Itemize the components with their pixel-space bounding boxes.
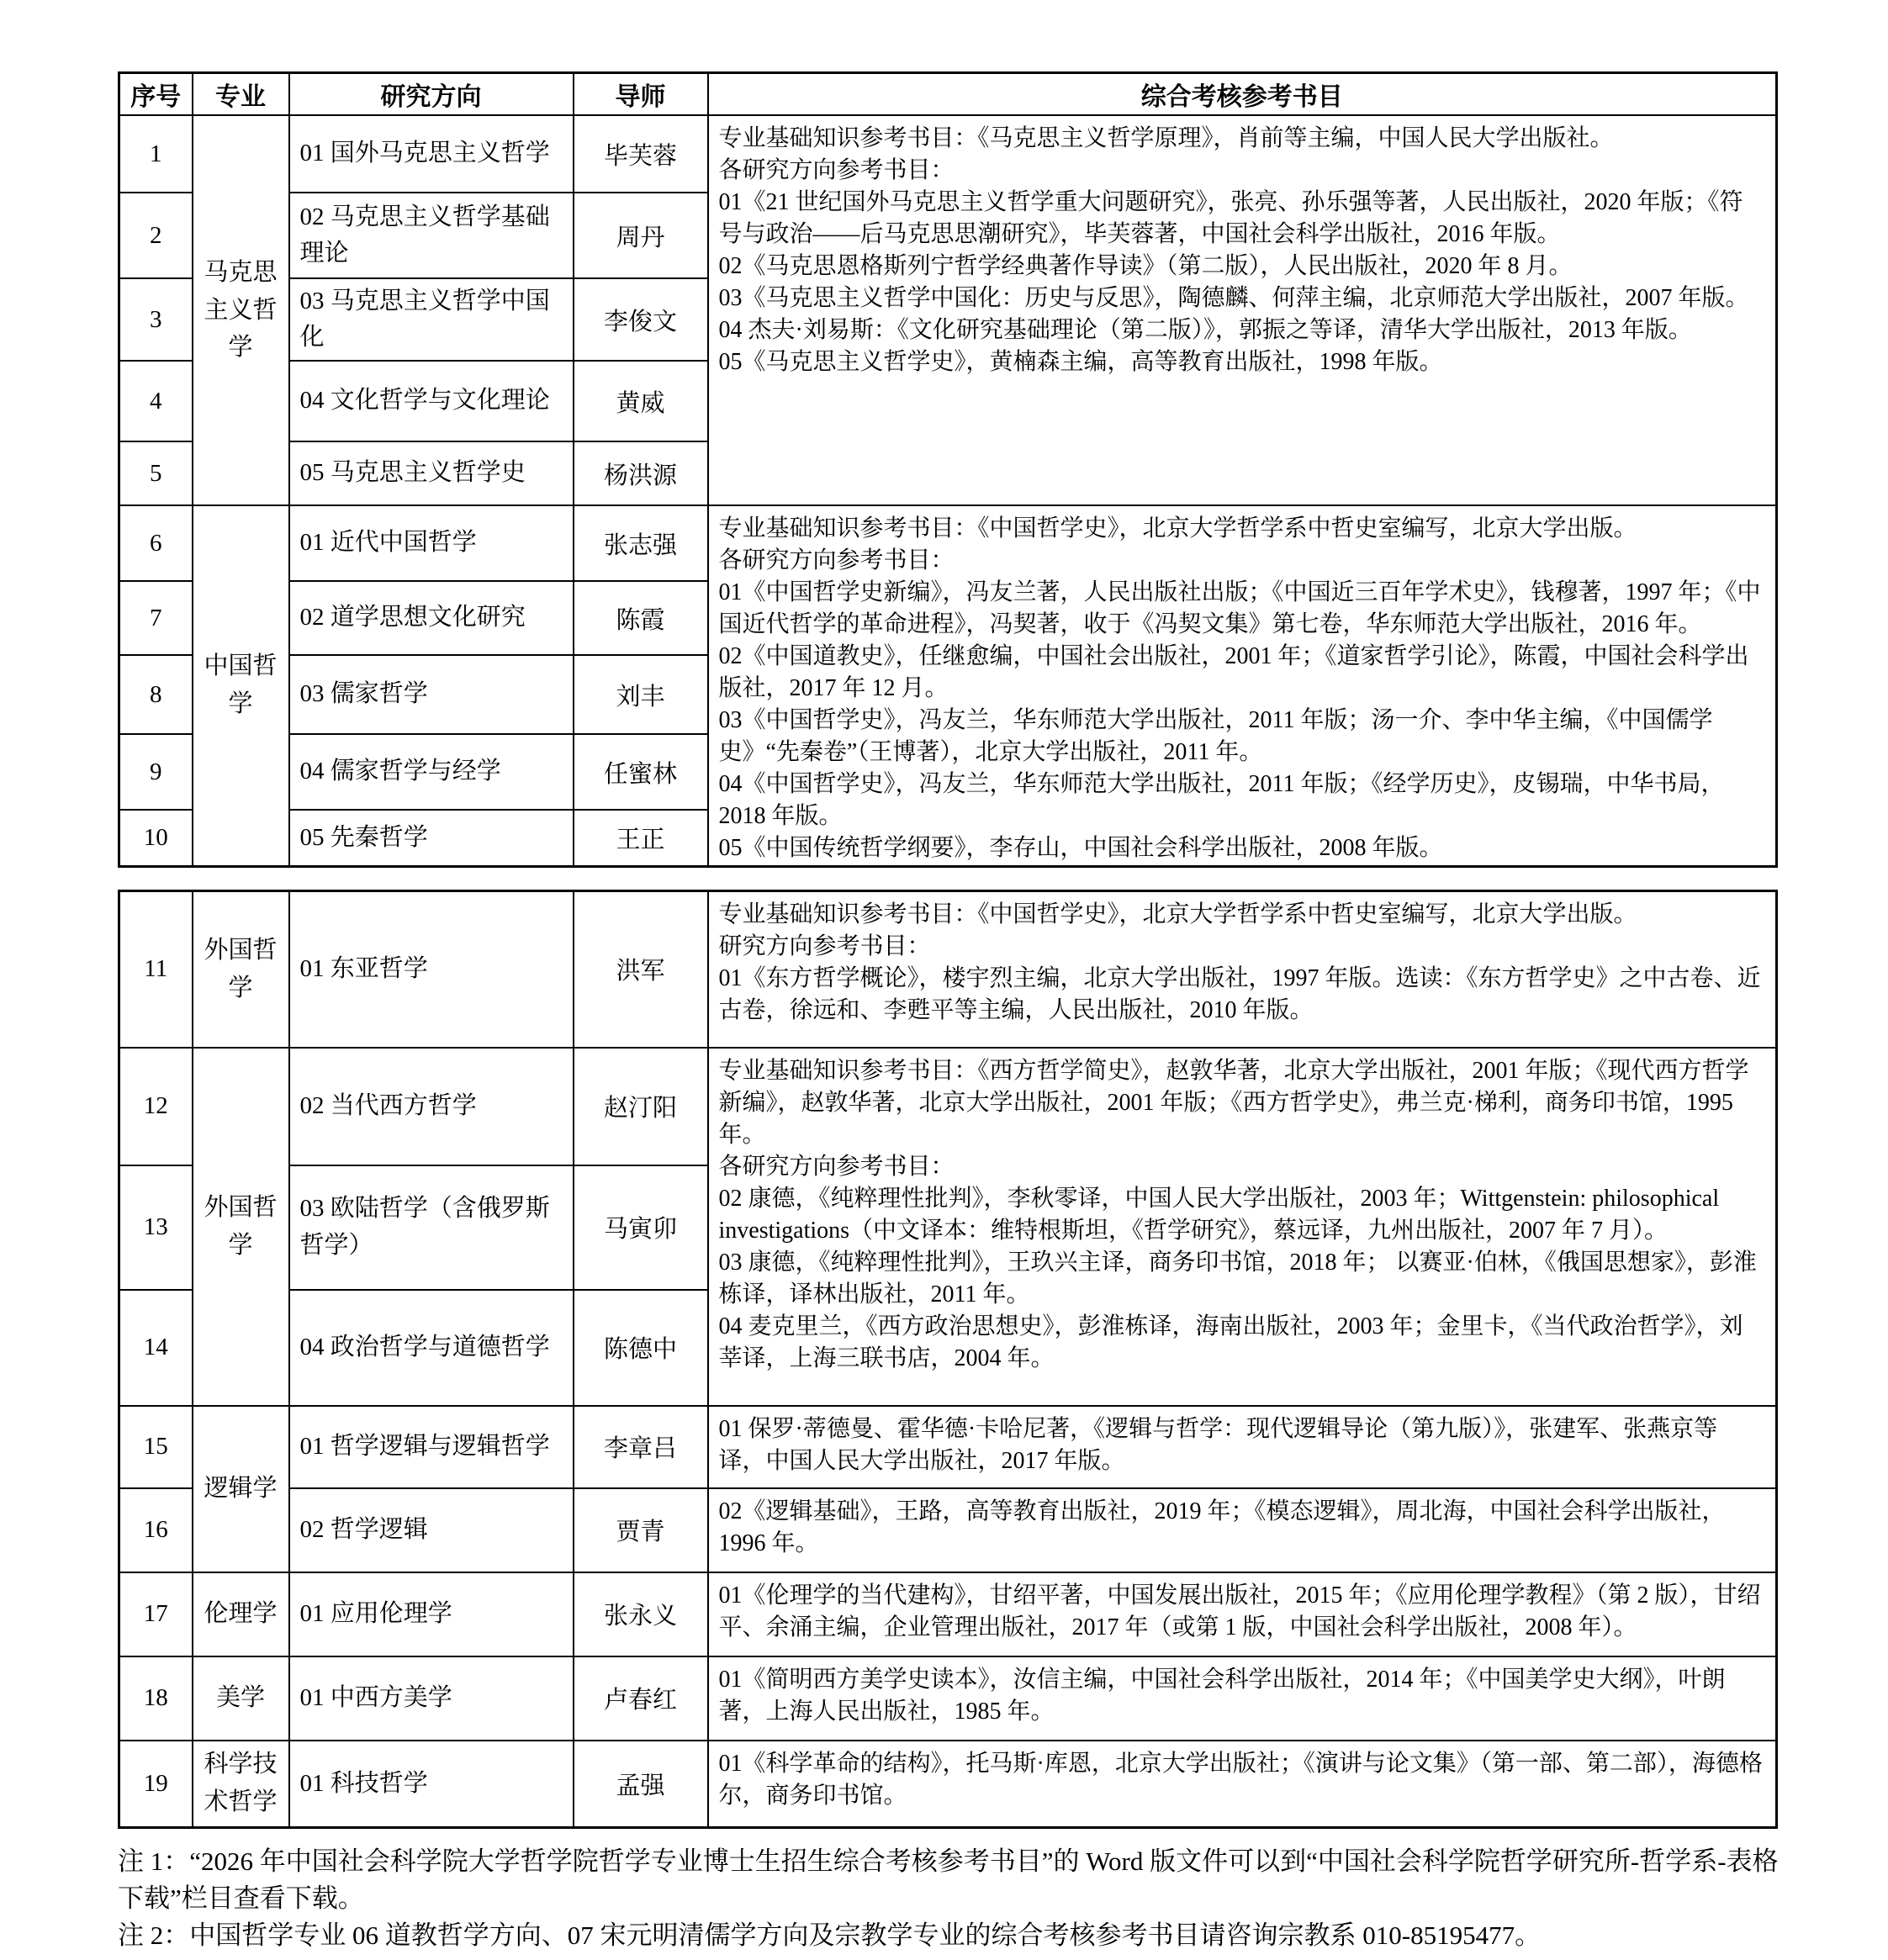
direction-cell: 02 马克思主义哲学基础理论 [289, 193, 574, 278]
ref-cell: 01《科学革命的结构》，托马斯·库恩，北京大学出版社；《演讲与论文集》（第一部、… [708, 1741, 1777, 1828]
ref-cell: 01《简明西方美学史读本》，汝信主编，中国社会科学出版社，2014 年；《中国美… [708, 1656, 1777, 1741]
tutor-cell: 杨洪源 [574, 441, 708, 505]
col-header-direction: 研究方向 [289, 73, 574, 116]
tutor-cell: 陈霞 [574, 581, 708, 655]
table-row: 19 科学技术哲学 01 科技哲学 孟强 01《科学革命的结构》，托马斯·库恩，… [119, 1741, 1777, 1828]
tutor-cell: 陈德中 [574, 1290, 708, 1406]
table-row: 6 中国哲学 01 近代中国哲学 张志强 专业基础知识参考书目：《中国哲学史》，… [119, 505, 1777, 581]
tutor-cell: 周丹 [574, 193, 708, 278]
tutor-cell: 孟强 [574, 1741, 708, 1828]
direction-cell: 01 东亚哲学 [289, 891, 574, 1048]
ref-cell: 专业基础知识参考书目：《中国哲学史》，北京大学哲学系中哲史室编写，北京大学出版。… [708, 505, 1777, 866]
col-header-tutor: 导师 [574, 73, 708, 116]
direction-cell: 02 哲学逻辑 [289, 1488, 574, 1572]
col-header-major: 专业 [193, 73, 289, 116]
direction-cell: 03 欧陆哲学（含俄罗斯哲学） [289, 1165, 574, 1290]
row-no: 8 [119, 655, 193, 734]
row-no: 7 [119, 581, 193, 655]
tutor-cell: 刘丰 [574, 655, 708, 734]
row-no: 14 [119, 1290, 193, 1406]
col-header-no: 序号 [119, 73, 193, 116]
reference-table-lower: 11 外国哲学 01 东亚哲学 洪军 专业基础知识参考书目：《中国哲学史》，北京… [118, 890, 1778, 1829]
ref-cell: 专业基础知识参考书目：《中国哲学史》，北京大学哲学系中哲史室编写，北京大学出版。… [708, 891, 1777, 1048]
tutor-cell: 王正 [574, 810, 708, 866]
tutor-cell: 卢春红 [574, 1656, 708, 1741]
major-cell: 科学技术哲学 [193, 1741, 289, 1828]
ref-cell: 01 保罗·蒂德曼、霍华德·卡哈尼著，《逻辑与哲学：现代逻辑导论（第九版）》，张… [708, 1406, 1777, 1488]
direction-cell: 01 哲学逻辑与逻辑哲学 [289, 1406, 574, 1488]
table-row: 11 外国哲学 01 东亚哲学 洪军 专业基础知识参考书目：《中国哲学史》，北京… [119, 891, 1777, 1048]
tutor-cell: 张永义 [574, 1572, 708, 1656]
note-1: 注 1：“2026 年中国社会科学院大学哲学院哲学专业博士生招生综合考核参考书目… [118, 1843, 1783, 1917]
row-no: 1 [119, 115, 193, 193]
row-no: 13 [119, 1165, 193, 1290]
row-no: 11 [119, 891, 193, 1048]
row-no: 18 [119, 1656, 193, 1741]
direction-cell: 01 近代中国哲学 [289, 505, 574, 581]
table-row: 1 马克思主义哲学 01 国外马克思主义哲学 毕芙蓉 专业基础知识参考书目：《马… [119, 115, 1777, 193]
document-page: 序号 专业 研究方向 导师 综合考核参考书目 1 马克思主义哲学 01 国外马克… [0, 0, 1888, 1960]
direction-cell: 01 应用伦理学 [289, 1572, 574, 1656]
tutor-cell: 毕芙蓉 [574, 115, 708, 193]
footnotes: 注 1：“2026 年中国社会科学院大学哲学院哲学专业博士生招生综合考核参考书目… [118, 1843, 1783, 1954]
ref-cell: 专业基础知识参考书目：《西方哲学简史》，赵敦华著，北京大学出版社，2001 年版… [708, 1048, 1777, 1406]
direction-cell: 01 科技哲学 [289, 1741, 574, 1828]
row-no: 3 [119, 278, 193, 361]
direction-cell: 03 马克思主义哲学中国化 [289, 278, 574, 361]
row-no: 2 [119, 193, 193, 278]
major-cell: 逻辑学 [193, 1406, 289, 1572]
row-no: 4 [119, 361, 193, 441]
direction-cell: 04 儒家哲学与经学 [289, 734, 574, 810]
ref-cell: 02《逻辑基础》，王路，高等教育出版社，2019 年；《模态逻辑》，周北海，中国… [708, 1488, 1777, 1572]
tutor-cell: 李俊文 [574, 278, 708, 361]
major-cell: 马克思主义哲学 [193, 115, 289, 505]
direction-cell: 02 当代西方哲学 [289, 1048, 574, 1165]
tutor-cell: 任蜜林 [574, 734, 708, 810]
tutor-cell: 张志强 [574, 505, 708, 581]
major-cell: 美学 [193, 1656, 289, 1741]
tutor-cell: 马寅卯 [574, 1165, 708, 1290]
direction-cell: 01 中西方美学 [289, 1656, 574, 1741]
table-row: 18 美学 01 中西方美学 卢春红 01《简明西方美学史读本》，汝信主编，中国… [119, 1656, 1777, 1741]
row-no: 17 [119, 1572, 193, 1656]
tutor-cell: 洪军 [574, 891, 708, 1048]
tutor-cell: 黄威 [574, 361, 708, 441]
row-no: 19 [119, 1741, 193, 1828]
table-row: 17 伦理学 01 应用伦理学 张永义 01《伦理学的当代建构》，甘绍平著，中国… [119, 1572, 1777, 1656]
row-no: 9 [119, 734, 193, 810]
row-no: 16 [119, 1488, 193, 1572]
tutor-cell: 贾青 [574, 1488, 708, 1572]
ref-cell: 01《伦理学的当代建构》，甘绍平著，中国发展出版社，2015 年；《应用伦理学教… [708, 1572, 1777, 1656]
note-2: 注 2：中国哲学专业 06 道教哲学方向、07 宋元明清儒学方向及宗教学专业的综… [118, 1917, 1783, 1954]
major-cell: 伦理学 [193, 1572, 289, 1656]
row-no: 5 [119, 441, 193, 505]
direction-cell: 04 文化哲学与文化理论 [289, 361, 574, 441]
row-no: 10 [119, 810, 193, 866]
direction-cell: 05 先秦哲学 [289, 810, 574, 866]
direction-cell: 04 政治哲学与道德哲学 [289, 1290, 574, 1406]
direction-cell: 01 国外马克思主义哲学 [289, 115, 574, 193]
ref-cell: 专业基础知识参考书目：《马克思主义哲学原理》，肖前等主编，中国人民大学出版社。 … [708, 115, 1777, 505]
table-header-row: 序号 专业 研究方向 导师 综合考核参考书目 [119, 73, 1777, 116]
major-cell: 中国哲学 [193, 505, 289, 866]
row-no: 15 [119, 1406, 193, 1488]
reference-table-upper: 序号 专业 研究方向 导师 综合考核参考书目 1 马克思主义哲学 01 国外马克… [118, 71, 1778, 868]
direction-cell: 02 道学思想文化研究 [289, 581, 574, 655]
col-header-ref: 综合考核参考书目 [708, 73, 1777, 116]
direction-cell: 03 儒家哲学 [289, 655, 574, 734]
table-row: 16 02 哲学逻辑 贾青 02《逻辑基础》，王路，高等教育出版社，2019 年… [119, 1488, 1777, 1572]
row-no: 6 [119, 505, 193, 581]
major-cell: 外国哲学 [193, 891, 289, 1048]
major-cell: 外国哲学 [193, 1048, 289, 1406]
tutor-cell: 赵汀阳 [574, 1048, 708, 1165]
tutor-cell: 李章吕 [574, 1406, 708, 1488]
direction-cell: 05 马克思主义哲学史 [289, 441, 574, 505]
table-row: 15 逻辑学 01 哲学逻辑与逻辑哲学 李章吕 01 保罗·蒂德曼、霍华德·卡哈… [119, 1406, 1777, 1488]
table-row: 12 外国哲学 02 当代西方哲学 赵汀阳 专业基础知识参考书目：《西方哲学简史… [119, 1048, 1777, 1165]
row-no: 12 [119, 1048, 193, 1165]
